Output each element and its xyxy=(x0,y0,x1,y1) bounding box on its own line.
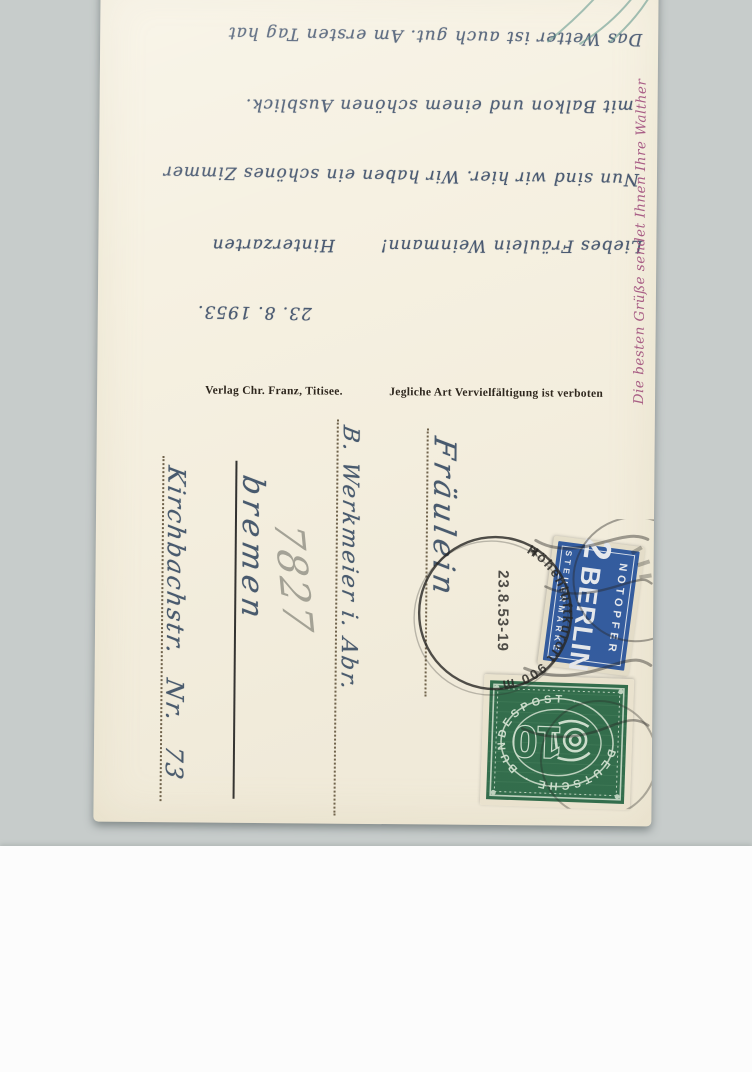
corner-ink-flourish-icon xyxy=(540,0,653,46)
copyright-notice-text: Jegliche Art Vervielfältigung ist verbot… xyxy=(389,386,603,400)
notopfer-city-label: BERLIN xyxy=(566,565,604,674)
postmark-star-icon: ★ xyxy=(529,545,541,560)
message-line: mit Balkon und einem schönen Ausblick. xyxy=(112,92,644,117)
postcard: 23. 8. 1953. Liebes Fräulein Weinmann! H… xyxy=(93,0,658,826)
message-line: Nun sind wir hier. Wir haben ein schönes… xyxy=(111,158,643,190)
message-line: 23. 8. 1953. xyxy=(110,298,642,330)
address-line-recipient: B. Werkmeier i. Abr. xyxy=(333,420,380,816)
address-line-salutation: Fräulein xyxy=(424,428,470,696)
margin-greeting-note: Die besten Grüße sendet Ihnen Ihre Walth… xyxy=(631,59,654,404)
scan-backing-sheet xyxy=(0,846,752,1072)
address-recipient-text: B. Werkmeier i. Abr. xyxy=(337,424,361,693)
publisher-text: Verlag Chr. Franz, Titisee. xyxy=(205,385,343,398)
message-line: Liebes Fräulein Weinmann! Hinterzarten xyxy=(110,231,642,256)
notopfer-stamp-face: NOTOPFER 2 BERLIN STEUERMARKE xyxy=(543,541,640,671)
notopfer-top-label: NOTOPFER xyxy=(605,562,629,656)
scan-background: { "scan": { "background_color": "#c7cccb… xyxy=(0,0,752,1072)
notopfer-berlin-stamp: NOTOPFER 2 BERLIN STEUERMARKE xyxy=(537,535,645,676)
address-city-text: bremen xyxy=(236,473,267,625)
posthorn-value: 10 xyxy=(512,716,563,767)
address-line-city: bremen xyxy=(233,461,280,799)
printed-imprint-line: Verlag Chr. Franz, Titisee. Jegliche Art… xyxy=(205,385,603,400)
posthorn-stamp: DEUTSCHE · BUNDESPOST · 10 xyxy=(480,674,634,810)
notopfer-value: 2 xyxy=(580,537,613,562)
handwritten-message-block: 23. 8. 1953. Liebes Fräulein Weinmann! H… xyxy=(109,0,644,388)
address-line-street: Kirchbachstr. Nr. 73 xyxy=(160,456,207,801)
address-street-text: Kirchbachstr. Nr. 73 xyxy=(162,464,189,783)
address-salutation-text: Fräulein xyxy=(427,434,458,600)
postmark-date: 23.8.53-19 xyxy=(494,570,512,652)
